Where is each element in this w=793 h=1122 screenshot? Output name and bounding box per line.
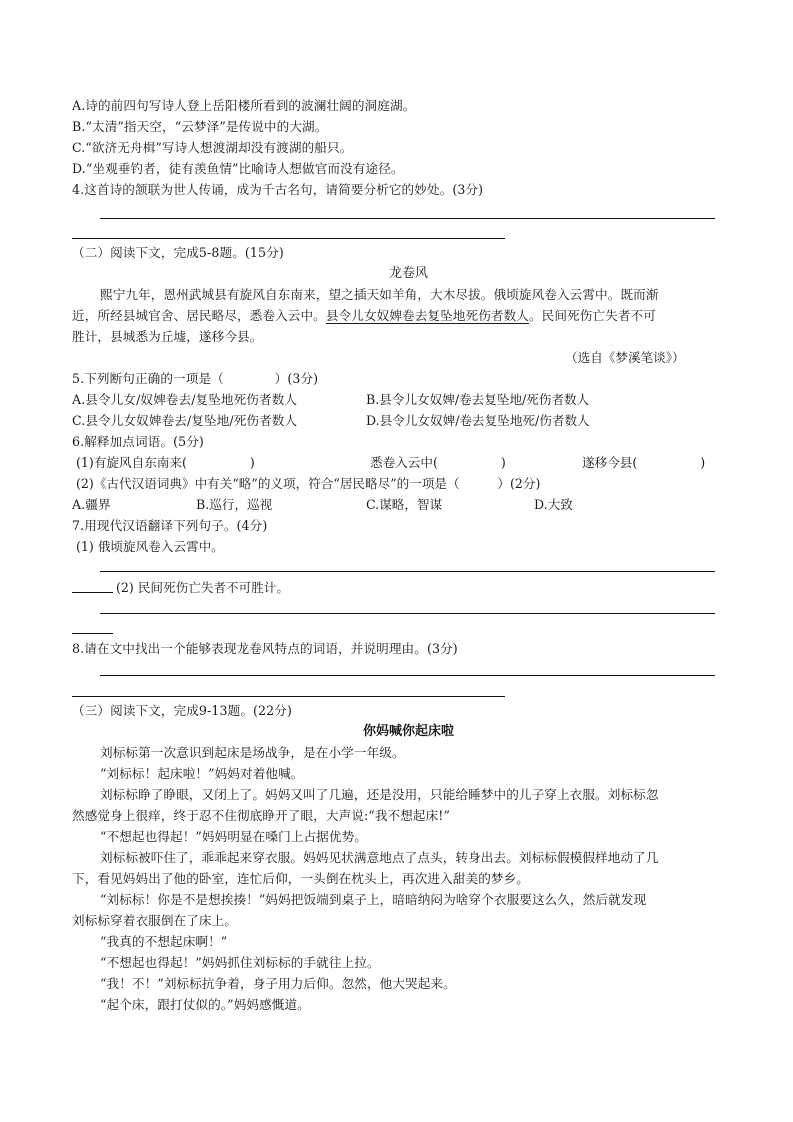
q6-option-d: D.大致 <box>534 497 573 513</box>
story-line: “我真的不想起床啊！” <box>100 934 227 950</box>
answer-line[interactable] <box>72 238 505 239</box>
answer-line[interactable] <box>72 633 113 634</box>
answer-line[interactable] <box>72 696 505 697</box>
story-line: “刘标标！起床啦！”妈妈对着他喊。 <box>100 766 303 782</box>
q3-option-a: A.诗的前四句写诗人登上岳阳楼所看到的波澜壮阔的洞庭湖。 <box>72 98 415 114</box>
q3-option-d: D.“坐观垂钓者，徒有羡鱼情”比喻诗人想做官而没有途径。 <box>72 161 404 177</box>
passage-line: 近，所经县城官舍、居民略尽，悉卷入云中。县令儿女奴婢卷去复坠地死伤者数人。民间死… <box>72 308 656 324</box>
q5-option-c: C.县令儿女奴婢卷去/复坠地/死伤者数人 <box>72 413 297 429</box>
answer-line[interactable] <box>100 613 715 614</box>
answer-line[interactable] <box>100 218 715 219</box>
story-line: “不想起也得起！”妈妈明显在嗓门上占据优势。 <box>100 829 367 845</box>
story-line: “不想起也得起！”妈妈抓住刘标标的手就往上拉。 <box>100 955 380 971</box>
story-line: 下，看见妈妈出了他的卧室，连忙后仰，一头倒在枕头上，再次进入甜美的梦乡。 <box>72 871 529 887</box>
section3-title: 你妈喊你起床啦 <box>363 724 454 740</box>
q5-option-a: A.县令儿女/奴婢卷去/复坠地死伤者数人 <box>72 392 297 408</box>
q7-stem: 7.用现代汉语翻译下列句子。(4分) <box>72 518 267 534</box>
story-line: “起个床，跟打仗似的。”妈妈感慨道。 <box>100 997 310 1013</box>
passage-line: 熙宁九年，恩州武城县有旋风自东南来，望之插天如羊角，大木尽拔。俄顷旋风卷入云霄中… <box>100 287 659 303</box>
section2-title: 龙卷风 <box>389 266 428 282</box>
q4-question: 4.这首诗的颔联为世人传诵，成为千古名句，请简要分析它的妙处。(3分) <box>72 182 483 198</box>
answer-line[interactable] <box>100 571 715 572</box>
q8-question: 8.请在文中找出一个能够表现龙卷风特点的词语，并说明理由。(3分) <box>72 641 458 657</box>
q6-sub1-a: (1)有旋风自东南来( ) <box>76 455 255 471</box>
source-citation: （选自《梦溪笔谈》） <box>565 350 685 366</box>
q6-sub2: (2)《古代汉语词典》中有关“略”的义项，符合“居民略尽”的一项是（ ）(2分) <box>76 476 540 492</box>
story-line: 然感觉身上很痒，终于忍不住彻底睁开了眼，大声说:“我不想起床!” <box>72 808 450 824</box>
q5-option-d: D.县令儿女奴婢/卷去复坠地死/伤者数人 <box>366 413 590 429</box>
passage-text: 近，所经县城官舍、居民略尽，悉卷入云中。 <box>72 308 326 323</box>
q7-sub1: (1) 俄顷旋风卷入云霄中。 <box>76 539 224 555</box>
story-line: 刘标标第一次意识到起床是场战争，是在小学一年级。 <box>100 745 405 761</box>
q6-option-c: C.谋略，智谋 <box>366 497 442 513</box>
answer-line[interactable] <box>100 675 715 676</box>
story-line: 刘标标被吓住了，乖乖起来穿衣服。妈妈见状满意地点了点头，转身出去。刘标标假模假样… <box>100 850 659 866</box>
passage-line: 胜计，县城悉为丘墟，遂移今县。 <box>72 329 262 345</box>
q7-sub2: (2) 民间死伤亡失者不可胜计。 <box>116 580 289 596</box>
q3-option-c: C.“欲济无舟楫”写诗人想渡湖却没有渡湖的船只。 <box>72 140 352 156</box>
answer-line[interactable] <box>72 592 113 593</box>
story-line: 刘标标穿着衣服倒在了床上。 <box>72 913 237 929</box>
q6-option-b: B.巡行，巡视 <box>196 497 272 513</box>
story-line: “我！不！”刘标标抗争着，身子用力后仰。忽然，他大哭起来。 <box>100 976 456 992</box>
q6-sub1-b: 悉卷入云中( ) <box>370 455 506 471</box>
q6-sub1-c: 遂移今县( ) <box>582 455 705 471</box>
q5-option-b: B.县令儿女奴婢/卷去复坠地/死伤者数人 <box>366 392 589 408</box>
q6-option-a: A.疆界 <box>72 497 111 513</box>
passage-text: 。民间死伤亡失者不可 <box>529 308 656 323</box>
story-line: 刘标标睁了睁眼，又闭上了。妈妈又叫了几遍，还是没用，只能给睡梦中的儿子穿上衣服。… <box>100 787 659 803</box>
section3-heading: （三）阅读下文，完成9-13题。(22分) <box>72 703 292 719</box>
q5-stem: 5.下列断句正确的一项是（ ）(3分) <box>72 371 318 387</box>
story-line: “刘标标！你是不是想挨揍！”妈妈把饭端到桌子上，暗暗纳闷为啥穿个衣服要这么久，然… <box>100 892 646 908</box>
section2-heading: （二）阅读下文，完成5-8题。(15分) <box>72 245 284 261</box>
q6-stem: 6.解释加点词语。(5分) <box>72 434 204 450</box>
underlined-sentence: 县令儿女奴婢卷去复坠地死伤者数人 <box>326 308 529 323</box>
q3-option-b: B.“太清”指天空，“云梦泽”是传说中的大湖。 <box>72 119 327 135</box>
